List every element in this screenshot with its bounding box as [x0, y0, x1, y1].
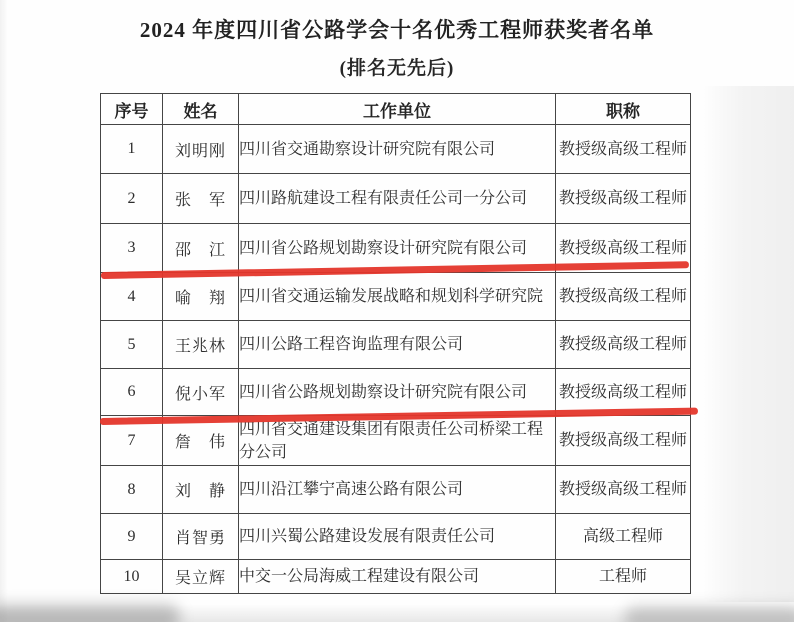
name-cell: 吴立辉	[163, 560, 239, 594]
table-row: 2 张 军 四川路航建设工程有限责任公司一分公司 教授级高级工程师	[101, 174, 691, 224]
table-row: 4 喻 翔 四川省交通运输发展战略和规划科学研究院 教授级高级工程师	[101, 273, 691, 321]
org-cell: 四川公路工程咨询监理有限公司	[239, 321, 556, 369]
scan-shadow-bottom-right	[624, 606, 794, 622]
name-cell: 肖智勇	[163, 514, 239, 560]
row-number-cell: 5	[101, 321, 163, 369]
document-title: 2024 年度四川省公路学会十名优秀工程师获奖者名单	[0, 14, 794, 44]
org-cell: 四川沿江攀宁高速公路有限公司	[239, 466, 556, 514]
scanned-document-page: 2024 年度四川省公路学会十名优秀工程师获奖者名单 (排名无先后) 序号 姓名…	[0, 0, 794, 622]
awards-table: 序号 姓名 工作单位 职称 1 刘明刚 四川省交通勘察设计研究院有限公司 教授级…	[100, 93, 691, 594]
title-cell: 教授级高级工程师	[556, 174, 691, 224]
org-cell: 中交一公局海威工程建设有限公司	[239, 560, 556, 594]
document-subtitle: (排名无先后)	[0, 53, 794, 80]
title-cell: 教授级高级工程师	[556, 416, 691, 466]
org-cell: 四川省公路规划勘察设计研究院有限公司	[239, 369, 556, 416]
org-cell: 四川兴蜀公路建设发展有限责任公司	[239, 514, 556, 560]
scan-shadow-right	[702, 86, 794, 602]
row-number-cell: 2	[101, 174, 163, 224]
scan-shadow-bottom-left	[0, 604, 180, 622]
org-cell: 四川路航建设工程有限责任公司一分公司	[239, 174, 556, 224]
row-number-cell: 3	[101, 224, 163, 273]
title-cell: 高级工程师	[556, 514, 691, 560]
row-number-cell: 10	[101, 560, 163, 594]
title-cell: 教授级高级工程师	[556, 321, 691, 369]
row-number-cell: 6	[101, 369, 163, 416]
header-cell-no: 序号	[101, 94, 163, 125]
name-cell: 王兆林	[163, 321, 239, 369]
name-cell: 张 军	[163, 174, 239, 224]
table-row: 10 吴立辉 中交一公局海威工程建设有限公司 工程师	[101, 560, 691, 594]
row-number-cell: 9	[101, 514, 163, 560]
table-row: 5 王兆林 四川公路工程咨询监理有限公司 教授级高级工程师	[101, 321, 691, 369]
header-cell-title: 职称	[556, 94, 691, 125]
row-number-cell: 1	[101, 125, 163, 174]
header-cell-org: 工作单位	[239, 94, 556, 125]
org-cell: 四川省交通运输发展战略和规划科学研究院	[239, 273, 556, 321]
name-cell: 倪小军	[163, 369, 239, 416]
title-cell: 教授级高级工程师	[556, 273, 691, 321]
name-cell: 喻 翔	[163, 273, 239, 321]
name-cell: 刘明刚	[163, 125, 239, 174]
table-row: 8 刘 静 四川沿江攀宁高速公路有限公司 教授级高级工程师	[101, 466, 691, 514]
header-cell-name: 姓名	[163, 94, 239, 125]
row-number-cell: 8	[101, 466, 163, 514]
title-cell: 工程师	[556, 560, 691, 594]
title-cell: 教授级高级工程师	[556, 125, 691, 174]
row-number-cell: 4	[101, 273, 163, 321]
org-cell: 四川省交通建设集团有限责任公司桥梁工程分公司	[239, 416, 556, 466]
name-cell: 邵 江	[163, 224, 239, 273]
org-cell: 四川省交通勘察设计研究院有限公司	[239, 125, 556, 174]
title-cell: 教授级高级工程师	[556, 466, 691, 514]
table-header-row: 序号 姓名 工作单位 职称	[101, 94, 691, 125]
scan-shadow-bottom	[0, 604, 794, 622]
table-row: 9 肖智勇 四川兴蜀公路建设发展有限责任公司 高级工程师	[101, 514, 691, 560]
scan-shadow-left	[0, 0, 8, 622]
table-row: 1 刘明刚 四川省交通勘察设计研究院有限公司 教授级高级工程师	[101, 125, 691, 174]
name-cell: 刘 静	[163, 466, 239, 514]
